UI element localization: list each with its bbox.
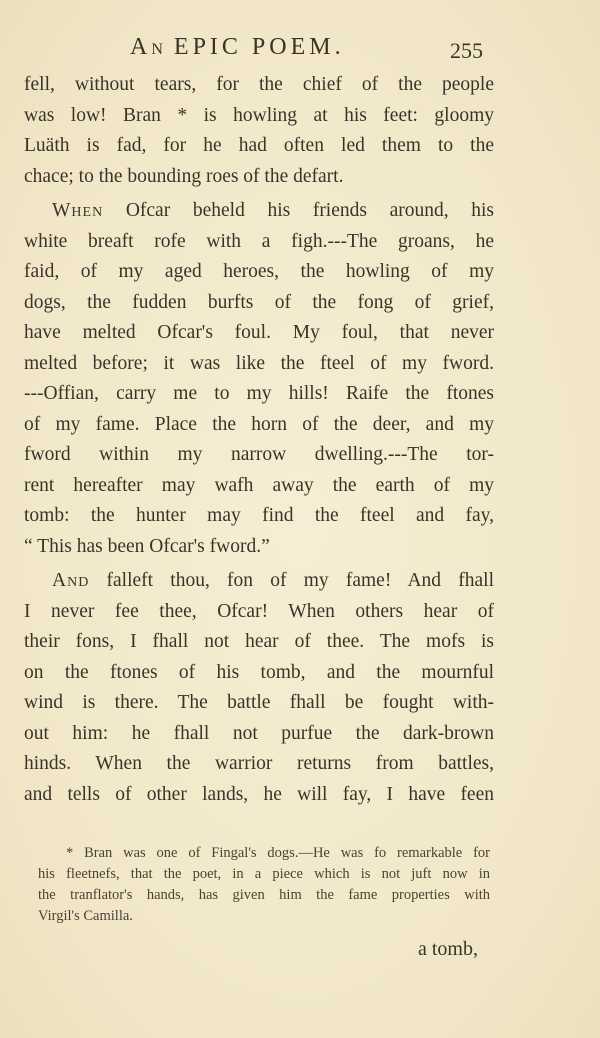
text-line: I never fee thee, Ofcar! When others hea… <box>24 597 494 628</box>
footnote-line: * Bran was one of Fingal's dogs.—He was … <box>38 843 490 864</box>
text-line: “ This has been Ofcar's fword.” <box>24 532 494 563</box>
text-line: dogs, the fudden burfts of the fong of g… <box>24 288 494 319</box>
text-line: their fons, I fhall not hear of thee. Th… <box>24 627 494 658</box>
text-line: white breaft rofe with a figh.---The gro… <box>24 227 494 258</box>
paragraph-start: When Ofcar beheld his friends around, hi… <box>24 196 494 227</box>
paragraph-lead-word: And <box>52 570 89 591</box>
text-line: out him: he fhall not purfue the dark-br… <box>24 719 494 750</box>
body-text: fell, without tears, for the chief of th… <box>24 70 494 810</box>
footnote: * Bran was one of Fingal's dogs.—He was … <box>38 843 490 927</box>
footnote-line: Virgil's Camilla. <box>38 906 490 927</box>
text-line: faid, of my aged heroes, the howling of … <box>24 257 494 288</box>
text-line: melted before; it was like the fteel of … <box>24 349 494 380</box>
paragraph-start: And falleft thou, fon of my fame! And fh… <box>24 566 494 597</box>
text-line: fell, without tears, for the chief of th… <box>24 70 494 101</box>
text-line: rent hereafter may wafh away the earth o… <box>24 471 494 502</box>
paragraph-lead-word: When <box>52 200 103 221</box>
catchword: a tomb, <box>418 938 478 961</box>
footnote-line: his fleetnefs, that the poet, in a piece… <box>38 864 490 885</box>
text-line: on the ftones of his tomb, and the mourn… <box>24 658 494 689</box>
text-line: tomb: the hunter may find the fteel and … <box>24 501 494 532</box>
text-line: chace; to the bounding roes of the defar… <box>24 162 494 193</box>
text-line: have melted Ofcar's foul. My foul, that … <box>24 318 494 349</box>
text-line: ---Offian, carry me to my hills! Raife t… <box>24 379 494 410</box>
page-number: 255 <box>450 38 483 64</box>
text-line: Luäth is fad, for he had often led them … <box>24 131 494 162</box>
text-line: fword within my narrow dwelling.---The t… <box>24 440 494 471</box>
text-line: hinds. When the warrior returns from bat… <box>24 749 494 780</box>
footnote-line: the tranflator's hands, has given him th… <box>38 885 490 906</box>
text-line: and tells of other lands, he will fay, I… <box>24 780 494 811</box>
text-line: of my fame. Place the horn of the deer, … <box>24 410 494 441</box>
text-line: was low! Bran * is howling at his feet: … <box>24 101 494 132</box>
text-line: wind is there. The battle fhall be fough… <box>24 688 494 719</box>
running-head-title: AN EPIC POEM. <box>130 34 345 61</box>
